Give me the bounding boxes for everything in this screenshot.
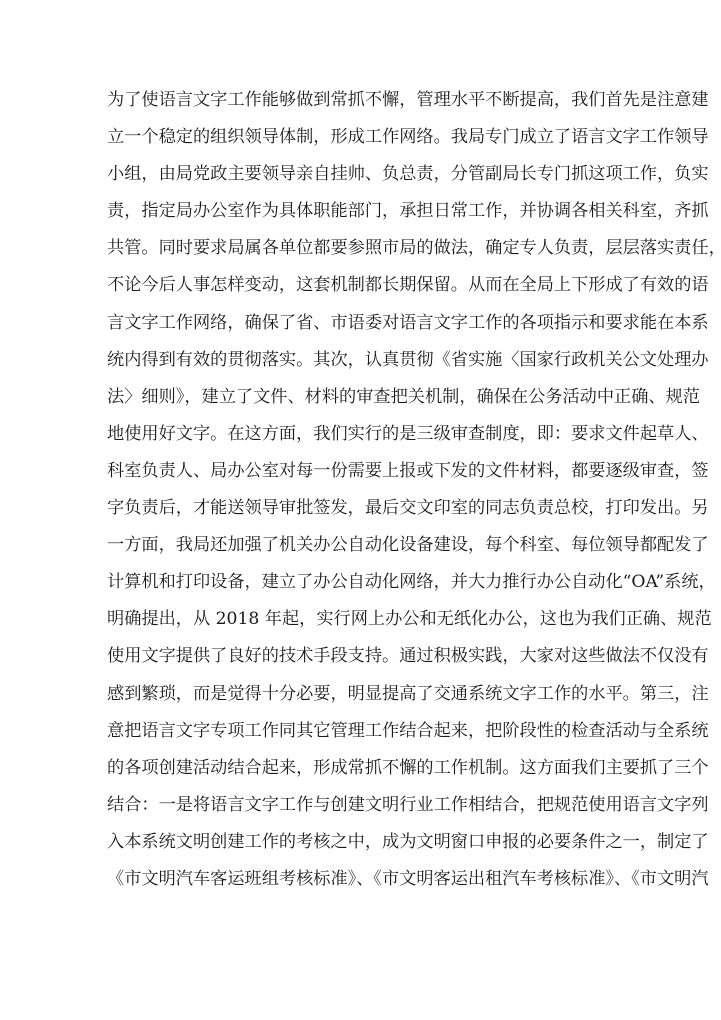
text-line: 责，指定局办公室作为具体职能部门，承担日常工作，并协调各相关科室，齐抓 (107, 199, 613, 236)
text-line: 立一个稳定的组织领导体制，形成工作网络。我局专门成立了语言文字工作领导 (107, 125, 613, 162)
text-line: 明确提出，从 2018 年起，实行网上办公和无纸化办公，这也为我们正确、规范 (107, 607, 613, 644)
text-line: 的各项创建活动结合起来，形成常抓不懈的工作机制。这方面我们主要抓了三个 (107, 756, 613, 793)
document-page: 为了使语言文字工作能够做到常抓不懈，管理水平不断提高，我们首先是注意建 立一个稳… (0, 0, 721, 1020)
text-line: 科室负责人、局办公室对每一份需要上报或下发的文件材料，都要逐级审查，签 (107, 459, 613, 496)
text-line: 《市文明汽车客运班组考核标准》、《市文明客运出租汽车考核标准》、《市文明汽 (107, 867, 613, 904)
text-line: 统内得到有效的贯彻落实。其次，认真贯彻《省实施〈国家行政机关公文处理办 (107, 348, 613, 385)
text-line: 一方面，我局还加强了机关办公自动化设备建设，每个科室、每位领导都配发了 (107, 533, 613, 570)
text-line: 使用文字提供了良好的技术手段支持。通过积极实践，大家对这些做法不仅没有 (107, 644, 613, 681)
text-line: 计算机和打印设备，建立了办公自动化网络，并大力推行办公自动化“OA”系统， (107, 570, 613, 607)
text-line: 法〉细则》，建立了文件、材料的审查把关机制，确保在公务活动中正确、规范 (107, 385, 613, 422)
body-paragraph: 为了使语言文字工作能够做到常抓不懈，管理水平不断提高，我们首先是注意建 立一个稳… (107, 88, 613, 904)
text-line: 结合：一是将语言文字工作与创建文明行业工作相结合，把规范使用语言文字列 (107, 793, 613, 830)
text-line: 意把语言文字专项工作同其它管理工作结合起来，把阶段性的检查活动与全系统 (107, 719, 613, 756)
text-line: 共管。同时要求局属各单位都要参照市局的做法，确定专人负责，层层落实责任， (107, 236, 613, 273)
text-line: 地使用好文字。在这方面，我们实行的是三级审查制度，即：要求文件起草人、 (107, 422, 613, 459)
text-line: 字负责后，才能送领导审批签发，最后交文印室的同志负责总校，打印发出。另 (107, 496, 613, 533)
text-line: 言文字工作网络，确保了省、市语委对语言文字工作的各项指示和要求能在本系 (107, 311, 613, 348)
text-line: 小组，由局党政主要领导亲自挂帅、负总责，分管副局长专门抓这项工作，负实 (107, 162, 613, 199)
text-line: 入本系统文明创建工作的考核之中，成为文明窗口申报的必要条件之一，制定了 (107, 830, 613, 867)
text-line: 为了使语言文字工作能够做到常抓不懈，管理水平不断提高，我们首先是注意建 (107, 88, 613, 125)
text-line: 感到繁琐，而是觉得十分必要，明显提高了交通系统文字工作的水平。第三，注 (107, 682, 613, 719)
text-line: 不论今后人事怎样变动，这套机制都长期保留。从而在全局上下形成了有效的语 (107, 273, 613, 310)
